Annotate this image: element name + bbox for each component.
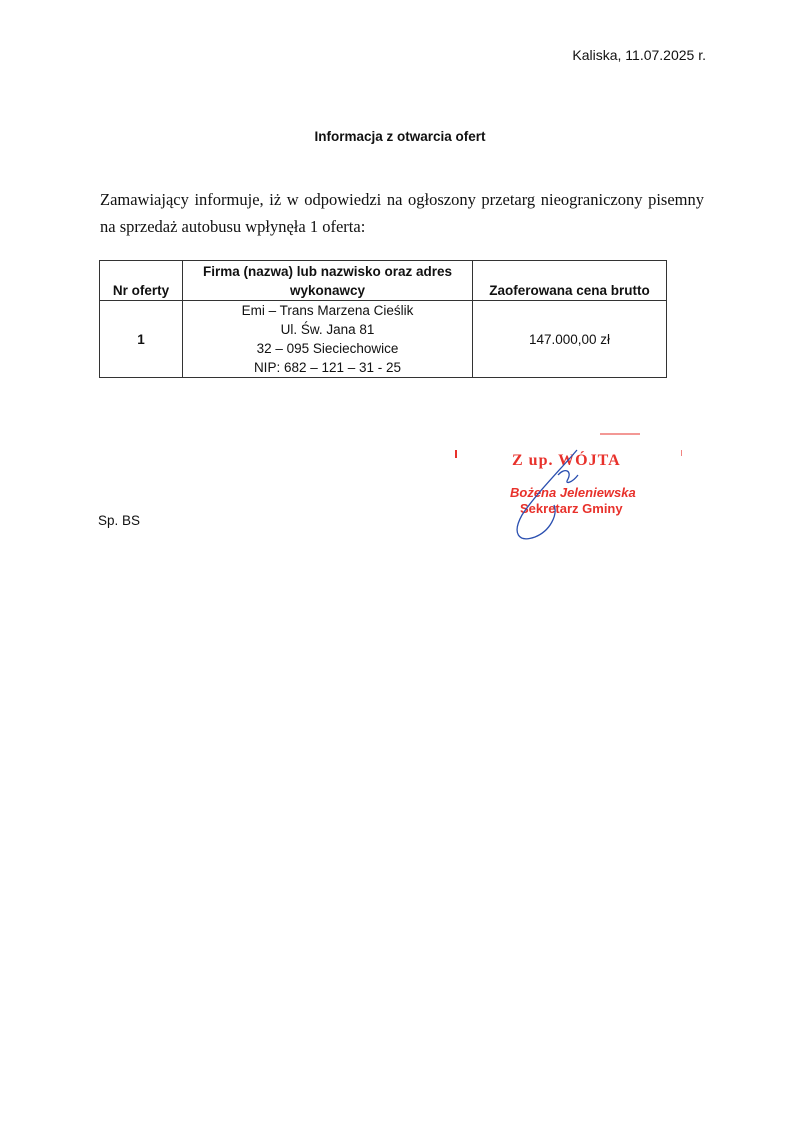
offers-table: Nr oferty Firma (nazwa) lub nazwisko ora… (99, 260, 667, 378)
table-row: 1 Emi – Trans Marzena Cieślik Ul. Św. Ja… (100, 301, 667, 378)
company-nip: NIP: 682 – 121 – 31 - 25 (187, 358, 468, 377)
company-city: 32 – 095 Sieciechowice (187, 339, 468, 358)
document-title: Informacja z otwarcia ofert (0, 129, 800, 144)
header-company: Firma (nazwa) lub nazwisko oraz adres wy… (183, 261, 473, 301)
place-date: Kaliska, 11.07.2025 r. (572, 47, 706, 63)
offer-price: 147.000,00 zł (473, 301, 667, 378)
company-street: Ul. Św. Jana 81 (187, 320, 468, 339)
footer-note: Sp. BS (98, 513, 140, 528)
signature-icon (440, 415, 700, 555)
company-name: Emi – Trans Marzena Cieślik (187, 301, 468, 320)
official-stamp: Z up. WÓJTA Bożena Jeleniewska Sekretarz… (440, 415, 700, 555)
offer-number: 1 (100, 301, 183, 378)
table-header-row: Nr oferty Firma (nazwa) lub nazwisko ora… (100, 261, 667, 301)
header-offer-number: Nr oferty (100, 261, 183, 301)
company-cell: Emi – Trans Marzena Cieślik Ul. Św. Jana… (183, 301, 473, 378)
header-price: Zaoferowana cena brutto (473, 261, 667, 301)
intro-paragraph: Zamawiający informuje, iż w odpowiedzi n… (100, 186, 704, 240)
